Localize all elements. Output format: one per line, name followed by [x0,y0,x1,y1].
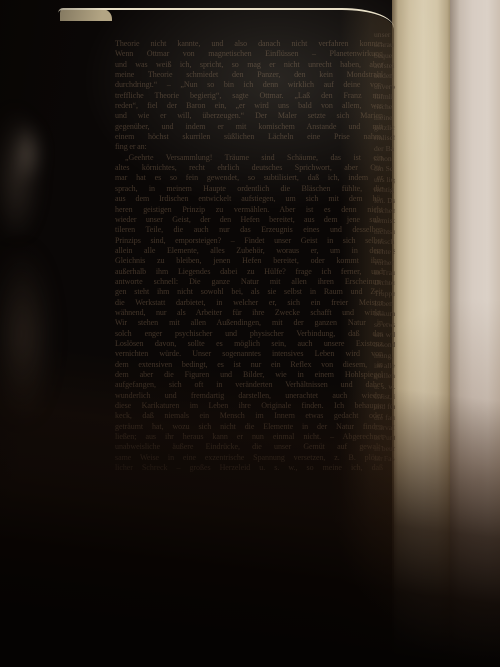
facing-page-fragment-line: besonde [374,340,395,350]
facing-page-fragment-line: schon [374,154,395,164]
facing-page-fragment-line: im alle [374,361,395,371]
facing-page-fragment-line: rmlisch [374,133,395,143]
facing-page-fragment-line: und für e [374,402,395,412]
facing-page-fragment-line: beque [374,51,395,61]
facing-page-fragment-line: Geist, in [374,392,395,402]
facing-page-fragment-line: lichte S [374,247,395,257]
facing-page-fragment-line: im Fasca [374,454,395,464]
facing-page-fragment-line: um Sc [374,164,395,174]
facing-page-fragment-line: der Ba [374,144,395,154]
book-left-page: Theorie nicht kannte, und also danach ni… [58,8,394,667]
facing-page-fragment-line: rische [374,102,395,112]
facing-page-fragment-line: in beum [374,444,395,454]
background-shadow-blur [0,230,60,490]
facing-page-fragment-line: die fama [374,413,395,423]
facing-page-fragment-line: eirisch [374,237,395,247]
facing-page-fragment-line: richtig [374,185,395,195]
facing-page-fragment-line: unser [374,30,395,40]
facing-page-fragment-line: meine [374,113,395,123]
facing-page-fragment-line: götzlic [374,123,395,133]
photo-scene: Theorie nicht kannte, und also danach ni… [0,0,500,667]
facing-page-fragment-line: quillen, [374,371,395,381]
book-page-edges [450,0,500,667]
facing-page-curl [392,0,452,667]
facing-page-fragment-line: um will [374,330,395,340]
facing-page-fragment-line: Carvallo [374,423,395,433]
facing-page-fragment-line: unverw [374,82,395,92]
facing-page-fragment-line: len. Da [374,196,395,206]
facing-page-fragment-line: vorher [374,258,395,268]
facing-page-fragment-line: schrau [374,40,395,50]
facing-page-fragment-line: so etwas [374,320,395,330]
facing-page-fragment-line: blikum, [374,309,395,319]
facing-page-fragment-line: aufstei [374,61,395,71]
facing-page-fragment-line: uns lieg [374,175,395,185]
facing-page-text-sliver: unserschraubequeaufsteibildenunverwförml… [374,30,395,467]
facing-page-fragment-line: komisch [374,216,395,226]
facing-page-fragment-line: mung, o [374,351,395,361]
gutter-shadow [58,10,394,667]
facing-page-fragment-line: Dichter [374,278,395,288]
facing-page-fragment-line: Truppe [374,289,395,299]
facing-page-fragment-line: bilden [374,71,395,81]
facing-page-fragment-line: Leben g [374,299,395,309]
facing-page-fragment-line: u. s. w. v [374,382,395,392]
facing-page-fragment-line: förmli [374,92,395,102]
facing-page-fragment-line: fischen [374,206,395,216]
facing-page-fragment-line: in Trau [374,268,395,278]
background-bookshelf-blur [0,85,50,235]
facing-page-fragment-line: in Punta [374,433,395,443]
facing-page-fragment-line: nichts r [374,227,395,237]
